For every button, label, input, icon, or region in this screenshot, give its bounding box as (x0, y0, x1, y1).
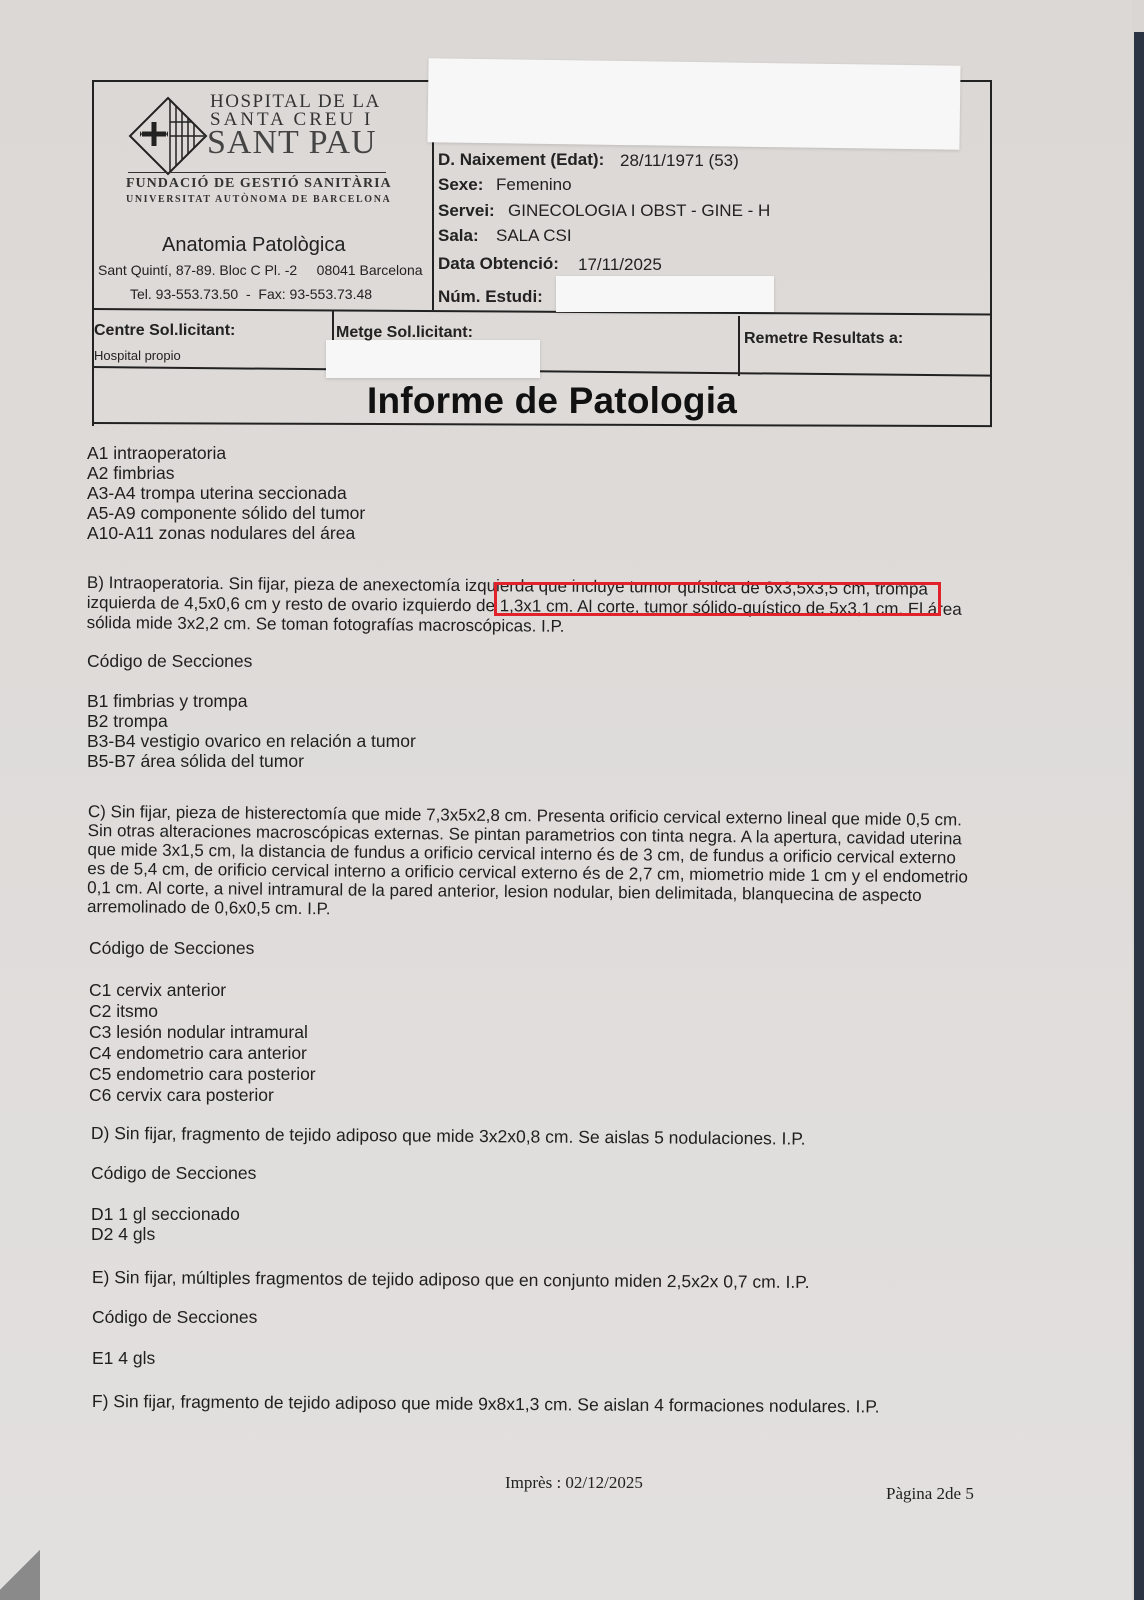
doctor-label: Metge Sol.licitant: (336, 324, 473, 342)
centre-label: Centre Sol.licitant: (94, 322, 235, 340)
sex-value: Femenino (496, 175, 572, 195)
e-codes-list: E1 4 gls (92, 1348, 155, 1368)
page-number: Pàgina 2de 5 (886, 1484, 974, 1504)
report-title: Informe de Patologia (92, 380, 1012, 422)
b-code-item: B5-B7 área sólida del tumor (87, 751, 416, 771)
department-name: Anatomia Patològica (162, 234, 345, 257)
e-codes-title: Código de Secciones (92, 1307, 257, 1327)
c-code-item: C2 itsmo (89, 1001, 316, 1022)
c-code-item: C6 cervix cara posterior (89, 1085, 316, 1106)
ward-label: Sala: (438, 226, 479, 246)
c-code-item: C3 lesión nodular intramural (89, 1022, 316, 1043)
study-label: Núm. Estudi: (438, 287, 543, 307)
centre-value: Hospital propio (94, 348, 181, 363)
hospital-university: UNIVERSITAT AUTÒNOMA DE BARCELONA (126, 194, 391, 205)
d-code-item: D1 1 gl seccionado (91, 1204, 240, 1224)
highlight-annotation (494, 582, 941, 616)
c-codes-list: C1 cervix anterior C2 itsmo C3 lesión no… (89, 980, 316, 1106)
hospital-address: Sant Quintí, 87-89. Bloc C Pl. -2 08041 … (98, 262, 423, 278)
send-results-label: Remetre Resultats a: (744, 330, 903, 348)
redaction-sticker-patient (427, 58, 960, 149)
e-code-item: E1 4 gls (92, 1348, 155, 1368)
section-c-paragraph: C) Sin fijar, pieza de histerectomía que… (87, 802, 969, 924)
a-code-item: A5-A9 componente sólido del tumor (87, 503, 365, 523)
b-code-item: B1 fimbrias y trompa (87, 691, 416, 711)
c-code-item: C4 endometrio cara anterior (89, 1043, 316, 1064)
c-code-item: C1 cervix anterior (89, 980, 316, 1001)
hospital-foundation: FUNDACIÓ DE GESTIÓ SANITÀRIA (126, 176, 392, 192)
obtained-label: Data Obtenció: (438, 254, 559, 274)
d-codes-list: D1 1 gl seccionado D2 4 gls (91, 1204, 240, 1244)
ward-value: SALA CSI (496, 226, 572, 246)
a-code-item: A10-A11 zonas nodulares del área (87, 523, 365, 543)
birth-label: D. Naixement (Edat): (438, 150, 604, 170)
redaction-sticker-doctor (326, 340, 540, 378)
b-codes-list: B1 fimbrias y trompa B2 trompa B3-B4 ves… (87, 691, 416, 771)
b-codes-title: Código de Secciones (87, 651, 252, 671)
sex-label: Sexe: (438, 175, 483, 195)
redaction-sticker-study (556, 276, 774, 312)
a-code-item: A2 fimbrias (87, 463, 365, 483)
birth-value: 28/11/1971 (53) (620, 151, 739, 171)
a-code-item: A3-A4 trompa uterina seccionada (87, 483, 365, 503)
b-code-item: B3-B4 vestigio ovarico en relación a tum… (87, 731, 416, 751)
obtained-value: 17/11/2025 (578, 255, 662, 275)
printed-date: Imprès : 02/12/2025 (505, 1473, 643, 1493)
c-codes-title: Código de Secciones (89, 938, 254, 958)
d-codes-title: Código de Secciones (91, 1163, 256, 1183)
hospital-name-line3: SANT PAU (207, 124, 377, 162)
a-codes-list: A1 intraoperatoria A2 fimbrias A3-A4 tro… (87, 443, 365, 543)
service-value: GINECOLOGIA I OBST - GINE - H (508, 201, 770, 221)
d-code-item: D2 4 gls (91, 1224, 240, 1244)
service-label: Servei: (438, 201, 495, 221)
b-code-item: B2 trompa (87, 711, 416, 731)
hospital-cross-diamond-icon (128, 96, 208, 176)
background-edge (1134, 32, 1144, 1600)
c-code-item: C5 endometrio cara posterior (89, 1064, 316, 1085)
a-code-item: A1 intraoperatoria (87, 443, 365, 463)
logo-rule (128, 172, 386, 173)
hospital-phone-fax: Tel. 93-553.73.50 - Fax: 93-553.73.48 (130, 286, 372, 302)
page-corner-shadow (0, 1540, 40, 1600)
